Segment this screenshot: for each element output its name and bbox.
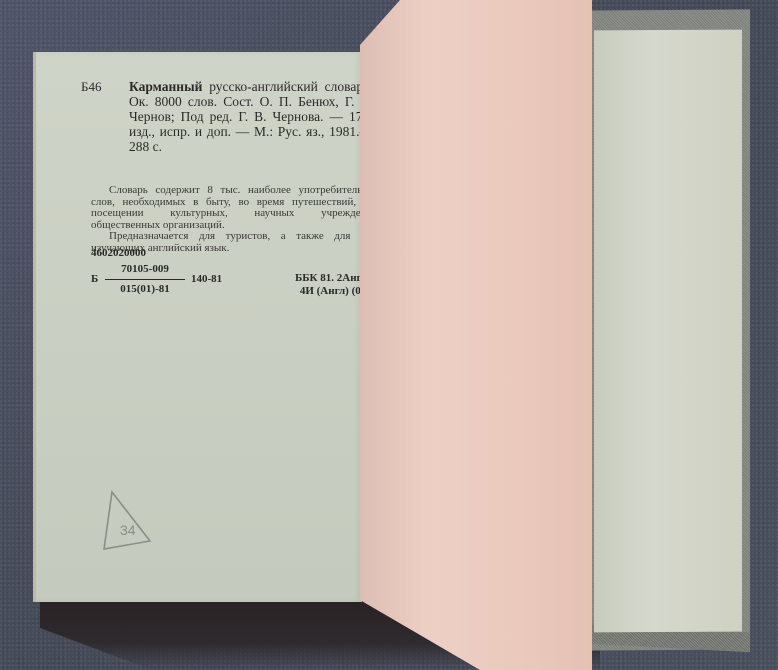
annotation: Словарь содержит 8 тыс. наиболее употреб… [91, 185, 381, 254]
price-code-denominator: 015(01)-81 [105, 280, 185, 297]
bbk-line-1: ББК 81. 2Англ. [295, 272, 370, 285]
bibliographic-entry: Карманный русско-английский словарь: Ок.… [129, 79, 373, 154]
colophon-page: Б46 Карманный русско-английский словарь:… [36, 52, 362, 602]
stamp-number: 34 [120, 522, 136, 538]
bbk-line-2: 4И (Англ) (03) [295, 285, 370, 298]
page-edge [33, 52, 36, 602]
price-code-prefix: Б [91, 272, 98, 287]
price-code-numerator: 70105-009 [105, 262, 185, 280]
catalog-code: Б46 [81, 79, 101, 94]
price-code-suffix: 140-81 [191, 272, 222, 287]
flyleaf-shading [352, 0, 592, 670]
price-code-fraction: 70105-009 015(01)-81 [105, 262, 185, 297]
bbk-classification: ББК 81. 2Англ. 4И (Англ) (03) [295, 272, 370, 298]
annotation-line: Словарь содержит 8 тыс. наиболее употреб… [91, 185, 381, 231]
triangle-stamp-icon: 34 [98, 489, 158, 553]
title-bold: Карманный [129, 79, 202, 94]
colophon-block: Б46 Карманный русско-английский словарь:… [81, 79, 373, 154]
isbn: 4602020000 [91, 246, 146, 261]
back-endpaper [594, 30, 742, 633]
